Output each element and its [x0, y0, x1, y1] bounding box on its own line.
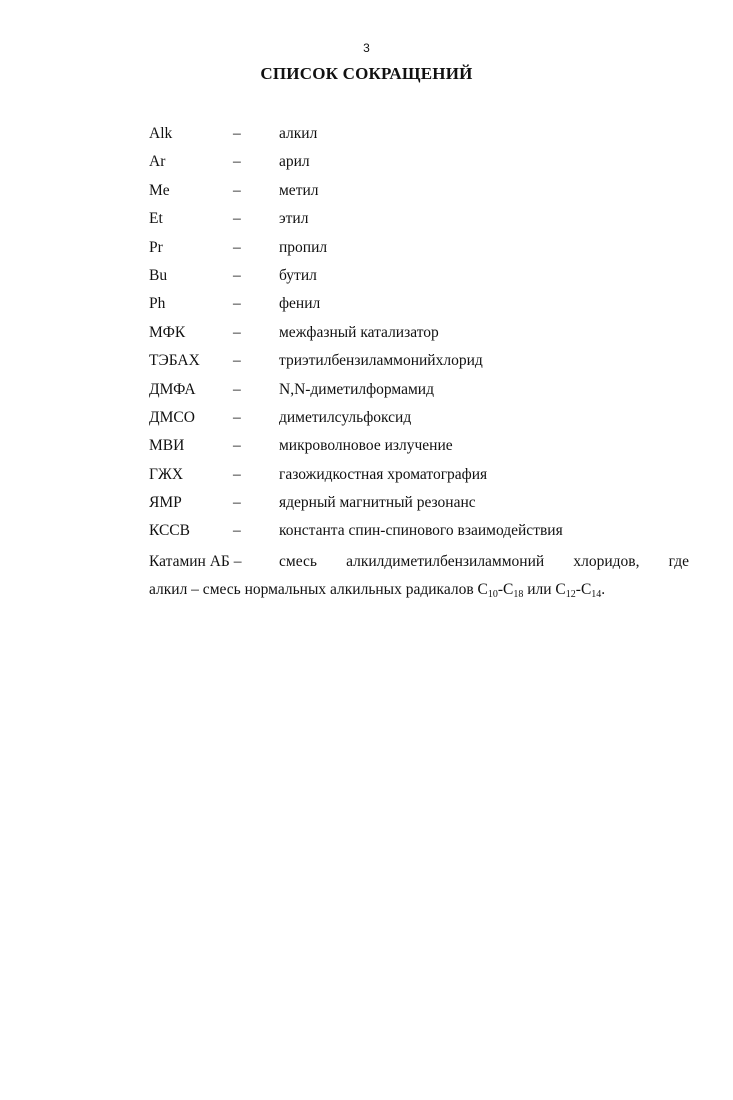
abbreviation-definition: алкил: [279, 122, 317, 146]
dash: –: [233, 378, 241, 402]
dash: –: [233, 179, 241, 203]
text: или C: [523, 581, 565, 598]
abbreviation-term: ДМСО: [149, 406, 195, 430]
abbreviation-row: Bu–бутил: [149, 264, 689, 292]
abbreviation-definition: микроволновое излучение: [279, 434, 453, 458]
abbreviation-row: ТЭБАХ–триэтилбензиламмонийхлорид: [149, 349, 689, 377]
abbreviation-definition: бутил: [279, 264, 317, 288]
abbreviation-row: Ar–арил: [149, 150, 689, 178]
page-title: СПИСОК СОКРАЩЕНИЙ: [0, 64, 733, 84]
abbreviation-definition: пропил: [279, 236, 327, 260]
dash: –: [233, 491, 241, 515]
abbreviation-row: Alk–алкил: [149, 122, 689, 150]
abbreviation-row: ГЖХ–газожидкостная хроматография: [149, 463, 689, 491]
abbreviation-row: Ph–фенил: [149, 292, 689, 320]
dash: –: [233, 264, 241, 288]
word: где: [669, 548, 689, 576]
dash: –: [233, 434, 241, 458]
dash: –: [233, 292, 241, 316]
abbreviation-definition: ядерный магнитный резонанс: [279, 491, 476, 515]
abbreviation-term: ГЖХ: [149, 463, 183, 487]
text: -C: [498, 581, 514, 598]
abbreviation-definition: диметилсульфоксид: [279, 406, 411, 430]
abbreviation-definition: межфазный катализатор: [279, 321, 439, 345]
dash: –: [233, 122, 241, 146]
katamin-entry: Катамин АБ – смесь алкилдиметилбензиламм…: [149, 548, 689, 605]
abbreviation-row: Et–этил: [149, 207, 689, 235]
dash: –: [233, 207, 241, 231]
abbreviation-term: МВИ: [149, 434, 184, 458]
abbreviation-row: ДМСО–диметилсульфоксид: [149, 406, 689, 434]
text: -C: [576, 581, 592, 598]
subscript: 18: [513, 589, 523, 600]
abbreviation-row: Pr–пропил: [149, 236, 689, 264]
abbreviation-definition: константа спин-спинового взаимодействия: [279, 519, 563, 543]
abbreviation-row: ДМФА–N,N-диметилформамид: [149, 378, 689, 406]
dash: –: [233, 406, 241, 430]
abbreviation-term: Ph: [149, 292, 165, 316]
abbreviation-row: Me–метил: [149, 179, 689, 207]
abbreviation-term: Et: [149, 207, 163, 231]
abbreviation-definition: метил: [279, 179, 319, 203]
subscript: 14: [591, 589, 601, 600]
text: .: [601, 581, 605, 598]
dash: –: [233, 321, 241, 345]
abbreviation-list: Alk–алкил Ar–арил Me–метил Et–этил Pr–пр…: [149, 122, 689, 605]
abbreviation-term: Ar: [149, 150, 165, 174]
abbreviation-term: Pr: [149, 236, 163, 260]
subscript: 12: [566, 589, 576, 600]
abbreviation-definition: N,N-диметилформамид: [279, 378, 434, 402]
word: хлоридов,: [573, 548, 639, 576]
abbreviation-term: ДМФА: [149, 378, 196, 402]
abbreviation-row: ЯМР–ядерный магнитный резонанс: [149, 491, 689, 519]
abbreviation-term: Alk: [149, 122, 172, 146]
word: смесь: [279, 548, 317, 576]
page-number: 3: [0, 41, 733, 55]
abbreviation-term: КССВ: [149, 519, 190, 543]
abbreviation-row: МВИ–микроволновое излучение: [149, 434, 689, 462]
abbreviation-definition: этил: [279, 207, 308, 231]
abbreviation-definition: фенил: [279, 292, 320, 316]
abbreviation-row: КССВ–константа спин-спинового взаимодейс…: [149, 519, 689, 547]
abbreviation-term: Катамин АБ –: [149, 548, 279, 576]
dash: –: [233, 236, 241, 260]
dash: –: [233, 519, 241, 543]
text: алкил – смесь нормальных алкильных радик…: [149, 581, 488, 598]
dash: –: [233, 150, 241, 174]
abbreviation-row: МФК–межфазный катализатор: [149, 321, 689, 349]
katamin-line-2: алкил – смесь нормальных алкильных радик…: [149, 576, 689, 604]
word: алкилдиметилбензиламмоний: [346, 548, 544, 576]
abbreviation-term: ЯМР: [149, 491, 182, 515]
abbreviation-term: МФК: [149, 321, 185, 345]
abbreviation-definition: триэтилбензиламмонийхлорид: [279, 349, 483, 373]
abbreviation-definition: газожидкостная хроматография: [279, 463, 487, 487]
katamin-line-1: Катамин АБ – смесь алкилдиметилбензиламм…: [149, 548, 689, 576]
subscript: 10: [488, 589, 498, 600]
dash: –: [233, 349, 241, 373]
abbreviation-definition: арил: [279, 150, 310, 174]
abbreviation-term: ТЭБАХ: [149, 349, 200, 373]
abbreviation-term: Me: [149, 179, 170, 203]
abbreviation-term: Bu: [149, 264, 167, 288]
dash: –: [233, 463, 241, 487]
